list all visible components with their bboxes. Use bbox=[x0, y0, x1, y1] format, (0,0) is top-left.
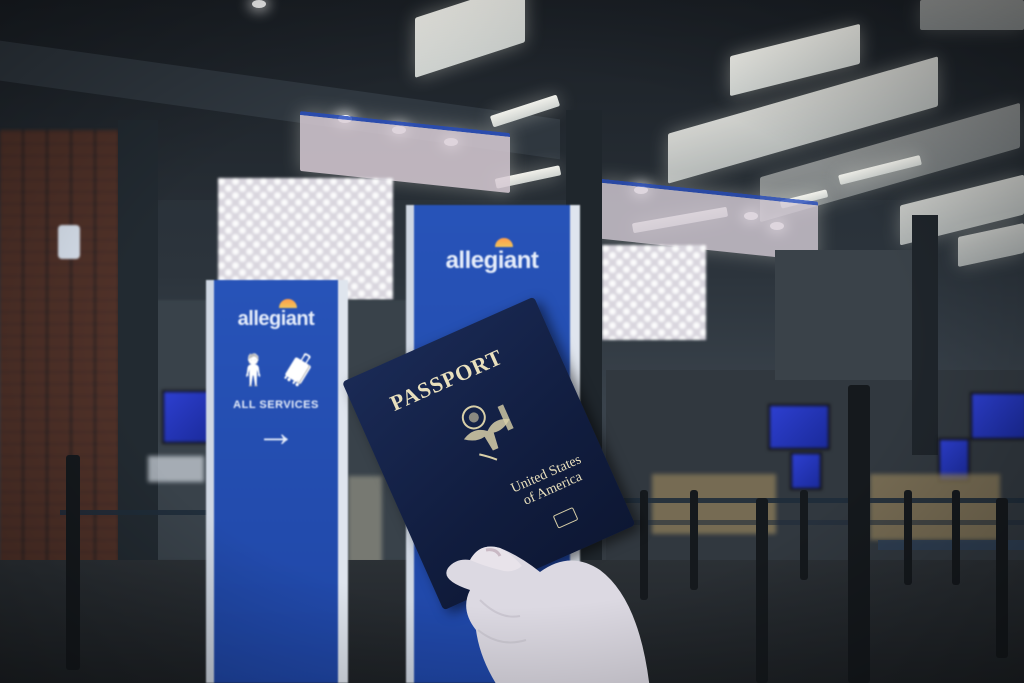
sun-logo-icon bbox=[279, 299, 297, 308]
ceiling-light-panel bbox=[958, 223, 1024, 267]
service-pictograms: 🧍 🧳 bbox=[214, 353, 338, 389]
sun-logo-icon bbox=[495, 238, 513, 247]
queue-stanchion bbox=[848, 385, 870, 683]
monitor-screen bbox=[790, 452, 822, 490]
allegiant-logo: allegiant bbox=[414, 247, 570, 275]
allegiant-logo: allegiant bbox=[214, 308, 338, 331]
hand bbox=[440, 530, 660, 683]
queue-stanchion bbox=[904, 490, 912, 585]
pillar bbox=[118, 120, 158, 630]
queue-stanchion bbox=[800, 490, 808, 580]
back-wall bbox=[775, 250, 925, 380]
check-in-counter bbox=[870, 474, 1000, 540]
queue-stanchion bbox=[66, 455, 80, 670]
queue-stanchion bbox=[690, 490, 698, 590]
check-in-counter bbox=[348, 476, 382, 564]
allegiant-sign-left: allegiant 🧍 🧳 ALL SERVICES → bbox=[206, 280, 348, 683]
check-in-counter bbox=[148, 456, 204, 482]
biometric-chip-icon bbox=[553, 507, 579, 529]
airport-scene: allegiant allegiant 🧍 🧳 ALL SERVICES → P… bbox=[0, 0, 1024, 683]
arrow-right-icon: → bbox=[214, 413, 338, 453]
queue-stanchion bbox=[756, 498, 768, 683]
queue-stanchion bbox=[952, 490, 960, 585]
ceiling-light-panel bbox=[920, 0, 1024, 30]
queue-belt bbox=[60, 510, 210, 515]
queue-stanchion bbox=[996, 498, 1008, 658]
all-services-label: ALL SERVICES bbox=[214, 399, 338, 411]
monitor-screen bbox=[768, 404, 830, 450]
eagle-seal-icon bbox=[446, 389, 529, 475]
pillar bbox=[912, 215, 938, 455]
spotlight bbox=[252, 0, 266, 8]
decorative-window bbox=[602, 245, 706, 340]
luggage-icon: 🧳 bbox=[280, 353, 317, 389]
security-camera bbox=[58, 225, 80, 259]
person-icon: 🧍 bbox=[235, 353, 272, 389]
monitor-screen bbox=[970, 392, 1024, 440]
